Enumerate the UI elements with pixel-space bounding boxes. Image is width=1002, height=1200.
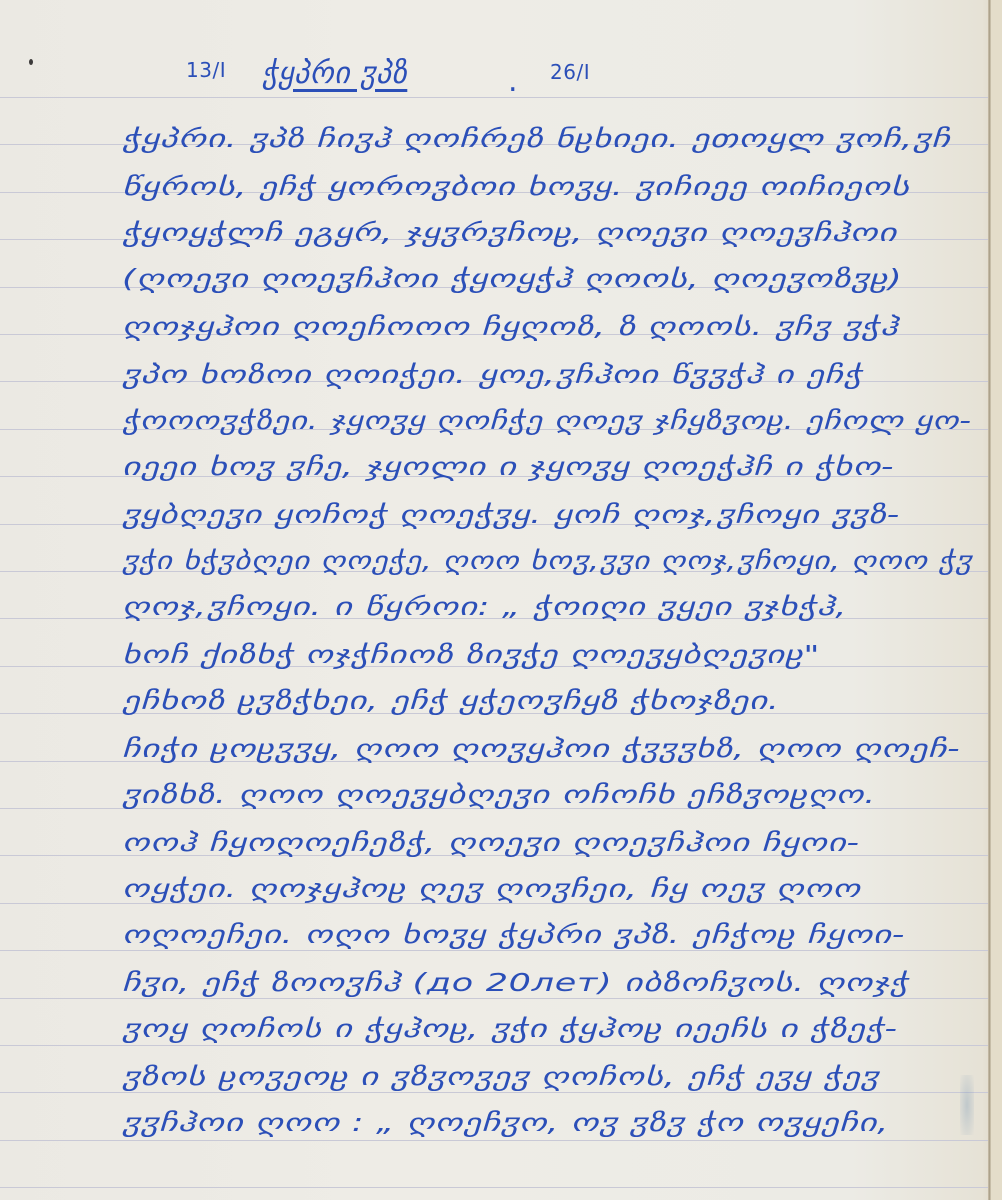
text-line: ჩჳი, ეჩჭ ზოოჳჩჰ (до 20лет) იბზოჩჳოს. ღოჯ… — [122, 968, 909, 997]
ruled-line — [0, 1045, 990, 1046]
text-line: ჳოყ ღოჩოს ი ჭყჰოჸ, ჳჭი ჭყჰოჸ იეეჩს ი ჭზე… — [122, 1014, 898, 1043]
text-line: ოყჭეი. ღოჯყჰოჸ ღეჳ ღოჳჩეი, ჩყ ოეჳ ღოო — [122, 874, 861, 903]
text-line: ჳპო ხოზოი ღოიჭეი. ყოე,ჳჩჰოი წჳჳჭჰ ი ეჩჭ — [122, 360, 862, 389]
page-title: ჭყპრი ჳპზ — [262, 56, 407, 91]
ruled-line — [0, 97, 990, 98]
notebook-page: 13/I ჭყპრი ჳპზ . 26/I ჭყპრი. ჳპზ ჩიჳჰ ღო… — [0, 0, 1002, 1200]
text-line: ოღოეჩეი. ოღო ხოჳყ ჭყპრი ჳპზ. ეჩჭოჸ ჩყოი- — [122, 920, 905, 949]
text-line: ოოჰ ჩყოღოეჩეზჭ, ღოეჳი ღოეჳჩჰოი ჩყოი- — [122, 828, 860, 857]
text-line: ჳჳჩჰოი ღოო : „ ღოეჩჳო, ოჳ ჳზჳ ჭო ოჳყეჩი, — [122, 1108, 889, 1137]
text-line: ჳყბღეჳი ყოჩოჭ ღოეჭჳყ. ყოჩ ღოჯ,ჳჩოყი ჳჳზ- — [122, 500, 900, 529]
ruled-line — [0, 1140, 990, 1141]
text-line: ჳიზხზ. ღოო ღოეჳყბღეჳი ოჩოჩხ ეჩზჳოჸღო. — [122, 780, 876, 809]
header-right-date: 26/I — [550, 60, 590, 84]
ruled-line — [0, 998, 990, 999]
text-line: ღოჯ,ჳჩოყი. ი წყროი: „ ჭოიღი ჳყეი ჳჯხჭჰ, — [122, 592, 847, 621]
header-title-period: . — [508, 64, 518, 99]
page-edge — [991, 0, 1002, 1200]
text-line: ხოჩ ქიზხჭ ოჯჭჩიოზ ზიჳჭე ღოეჳყბღეჳიჸ" — [122, 640, 820, 669]
text-line: ღოჯყჰოი ღოეჩოოო ჩყღოზ, ზ ღოოს. ჳჩჳ ჳჭჰ — [122, 312, 899, 341]
text-line: ჩიჭი ჸოჸჳჳყ, ღოო ღოჳყჰოი ჭჳჳჳხზ, ღოო ღოე… — [122, 734, 960, 763]
text-line: ჭყოყჭლჩ ეგყრ, ჯყჳრჳჩოჸ, ღოეჳი ღოეჳჩჰოი — [122, 218, 897, 247]
text-line: ჳჭი ხჭჳბღეი ღოეჭე, ღოო ხოჳ,ჳჳი ღოჯ,ჳჩოყი… — [122, 546, 972, 575]
text-line: ჳზოს ჸოჳეოჸ ი ჳზჳოჳეჳ ღოჩოს, ეჩჭ ეჳყ ჭეჳ — [122, 1062, 879, 1091]
ink-stain — [960, 1075, 974, 1135]
text-line: ჭოოოჳჭზეი. ჯყოჳყ ღოჩჭე ღოეჳ ჯჩყზჳოჸ. ეჩო… — [122, 406, 972, 435]
text-line: ეჩხოზ ჸჳზჭხეი, ეჩჭ ყჭეოჳჩყზ ჭხოჯზეი. — [122, 686, 780, 715]
ruled-line — [0, 950, 990, 951]
ruled-line — [0, 903, 990, 904]
text-line: (ღოეჳი ღოეჳჩჰოი ჭყოყჭჰ ღოოს, ღოეჳოზჳჸ) — [122, 264, 902, 293]
ink-dot — [29, 59, 33, 65]
text-line: წყროს, ეჩჭ ყოროჳბოი ხოჳყ. ჳიჩიეე ოიჩიეოს — [122, 172, 910, 201]
ruled-line — [0, 1092, 990, 1093]
text-line: ჭყპრი. ჳპზ ჩიჳჰ ღოჩრეზ ნჸხიეი. ეთოყლ ჳოჩ… — [122, 124, 950, 153]
ruled-line — [0, 1187, 990, 1188]
binding-fold — [988, 0, 991, 1200]
header-left-date: 13/I — [186, 58, 226, 82]
text-line: იეეი ხოჳ ჳჩე, ჯყოლი ი ჯყოჳყ ღოეჭჰჩ ი ჭხო… — [122, 452, 894, 481]
